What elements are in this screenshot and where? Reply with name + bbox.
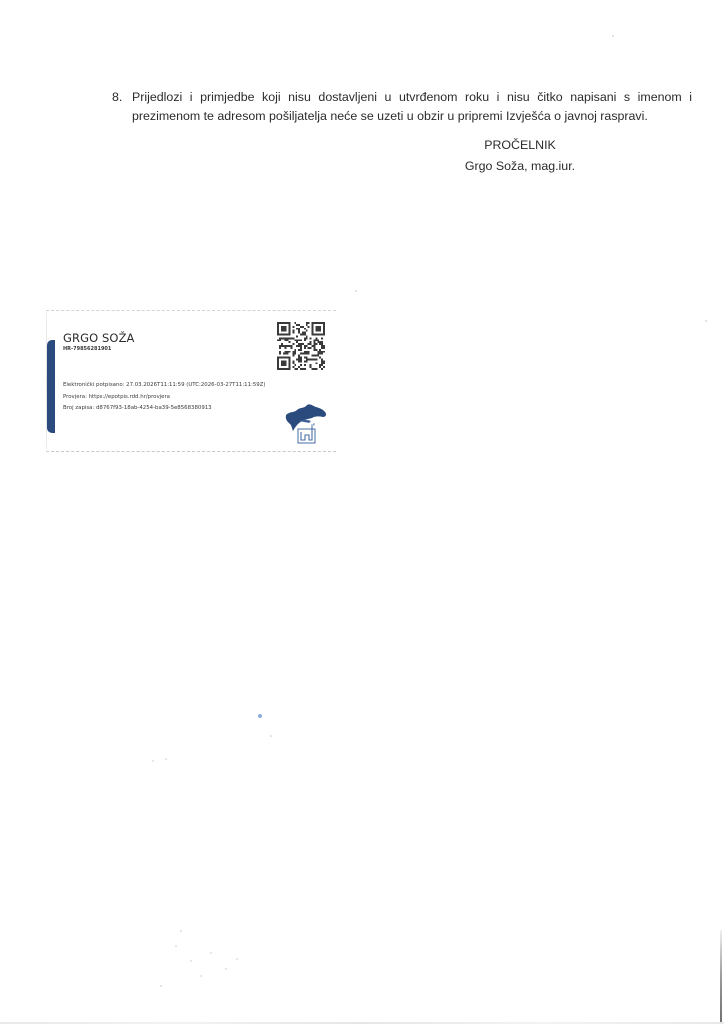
qr-code-icon [277, 322, 325, 370]
signer-title: PROČELNIK [440, 135, 600, 156]
scan-speck [165, 758, 167, 760]
stamp-signer-name: GRGO SOŽA [63, 331, 135, 345]
paragraph-number: 8. [112, 88, 122, 107]
scan-speck [258, 714, 262, 718]
signer-name: Grgo Soža, mag.iur. [440, 156, 600, 177]
scan-speck [180, 930, 182, 932]
stamp-signed-line: Elektronički potpisano: 27.03.2026T11:11… [63, 380, 266, 392]
numbered-paragraph: 8. Prijedlozi i primjedbe koji nisu dost… [112, 88, 692, 126]
scan-speck [270, 735, 272, 737]
signature-block: PROČELNIK Grgo Soža, mag.iur. [440, 135, 600, 177]
paragraph-text: Prijedlozi i primjedbe koji nisu dostavl… [132, 88, 692, 126]
scan-speck [152, 760, 154, 762]
scan-speck [355, 290, 357, 292]
scan-speck [225, 968, 227, 970]
stamp-accent-bar [47, 340, 55, 433]
scan-speck [190, 960, 192, 962]
electronic-signature-stamp: GRGO SOŽA HR-79856281901 Elektronički po… [46, 310, 336, 452]
scan-speck [175, 945, 177, 947]
stamp-details: Elektronički potpisano: 27.03.2026T11:11… [63, 380, 266, 415]
stamp-verify-line: Provjera: https://epotpis.rdd.hr/provjer… [63, 392, 266, 404]
scan-speck [160, 985, 162, 987]
stamp-signer-id: HR-79856281901 [63, 346, 111, 352]
scan-edge-shadow [720, 930, 722, 1024]
scan-speck [612, 35, 614, 37]
scan-speck [210, 952, 212, 954]
stamp-record-line: Broj zapisa: d8767f93-18ab-4254-ba39-5e8… [63, 403, 266, 415]
scan-speck [705, 320, 707, 322]
scan-speck [200, 975, 202, 977]
scan-speck [236, 958, 238, 960]
document-page: 8. Prijedlozi i primjedbe koji nisu dost… [0, 0, 724, 1024]
croatia-map-logo-icon [282, 399, 332, 447]
